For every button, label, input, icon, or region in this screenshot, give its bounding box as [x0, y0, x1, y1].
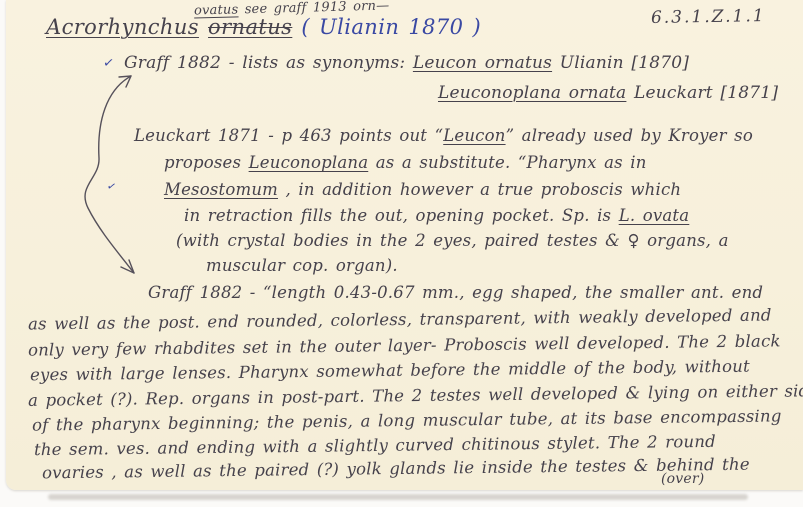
graff-note-line-6: of the pharynx beginning; the penis, a l…	[32, 407, 782, 434]
graff-note-line-4: eyes with large lenses. Pharynx somewhat…	[30, 358, 750, 385]
leuckart-note-line-2: proposes Leuconoplana as a substitute. “…	[164, 154, 647, 172]
species-title-line: Acrorhynchus ornatus ( Ulianin 1870 )	[46, 16, 481, 39]
scanned-index-card-page: ovatus see graff 1913 orn— Acrorhynchus …	[0, 0, 803, 507]
leuckart-note-line-4: in retraction fills the out, opening poc…	[184, 207, 689, 225]
index-card: ovatus see graff 1913 orn— Acrorhynchus …	[6, 0, 803, 490]
synonym-list-line-1: Graff 1882 - lists as synonyms: Leucon o…	[124, 54, 689, 73]
graff-note-line-8: ovaries , as well as the paired (?) yolk…	[42, 456, 750, 483]
leuckart-note-line-3: Mesostomum , in addition however a true …	[164, 181, 681, 199]
margin-arrow	[61, 66, 161, 286]
graff-note-line-1: Graff 1882 - “length 0.43-0.67 mm., egg …	[148, 284, 763, 302]
synonym-list-line-2: Leuconoplana ornata Leuckart [1871]	[438, 84, 778, 103]
leuckart-note-line-1: Leuckart 1871 - p 463 points out “Leucon…	[134, 127, 753, 145]
graff-note-line-2: as well as the post. end rounded, colorl…	[28, 306, 772, 333]
graff-note-line-3: only very few rhabdites set in the outer…	[28, 332, 781, 359]
over-note: (over)	[661, 472, 704, 487]
leuckart-note-line-6: muscular cop. organ).	[206, 257, 398, 275]
graff-note-line-5: a pocket (?). Rep. organs in post-part. …	[28, 382, 803, 410]
catalog-number: 6.3.1.Z.1.1	[651, 7, 766, 28]
scanner-edge-shadow	[48, 494, 748, 500]
leuckart-note-line-5: (with crystal bodies in the 2 eyes, pair…	[176, 232, 729, 250]
